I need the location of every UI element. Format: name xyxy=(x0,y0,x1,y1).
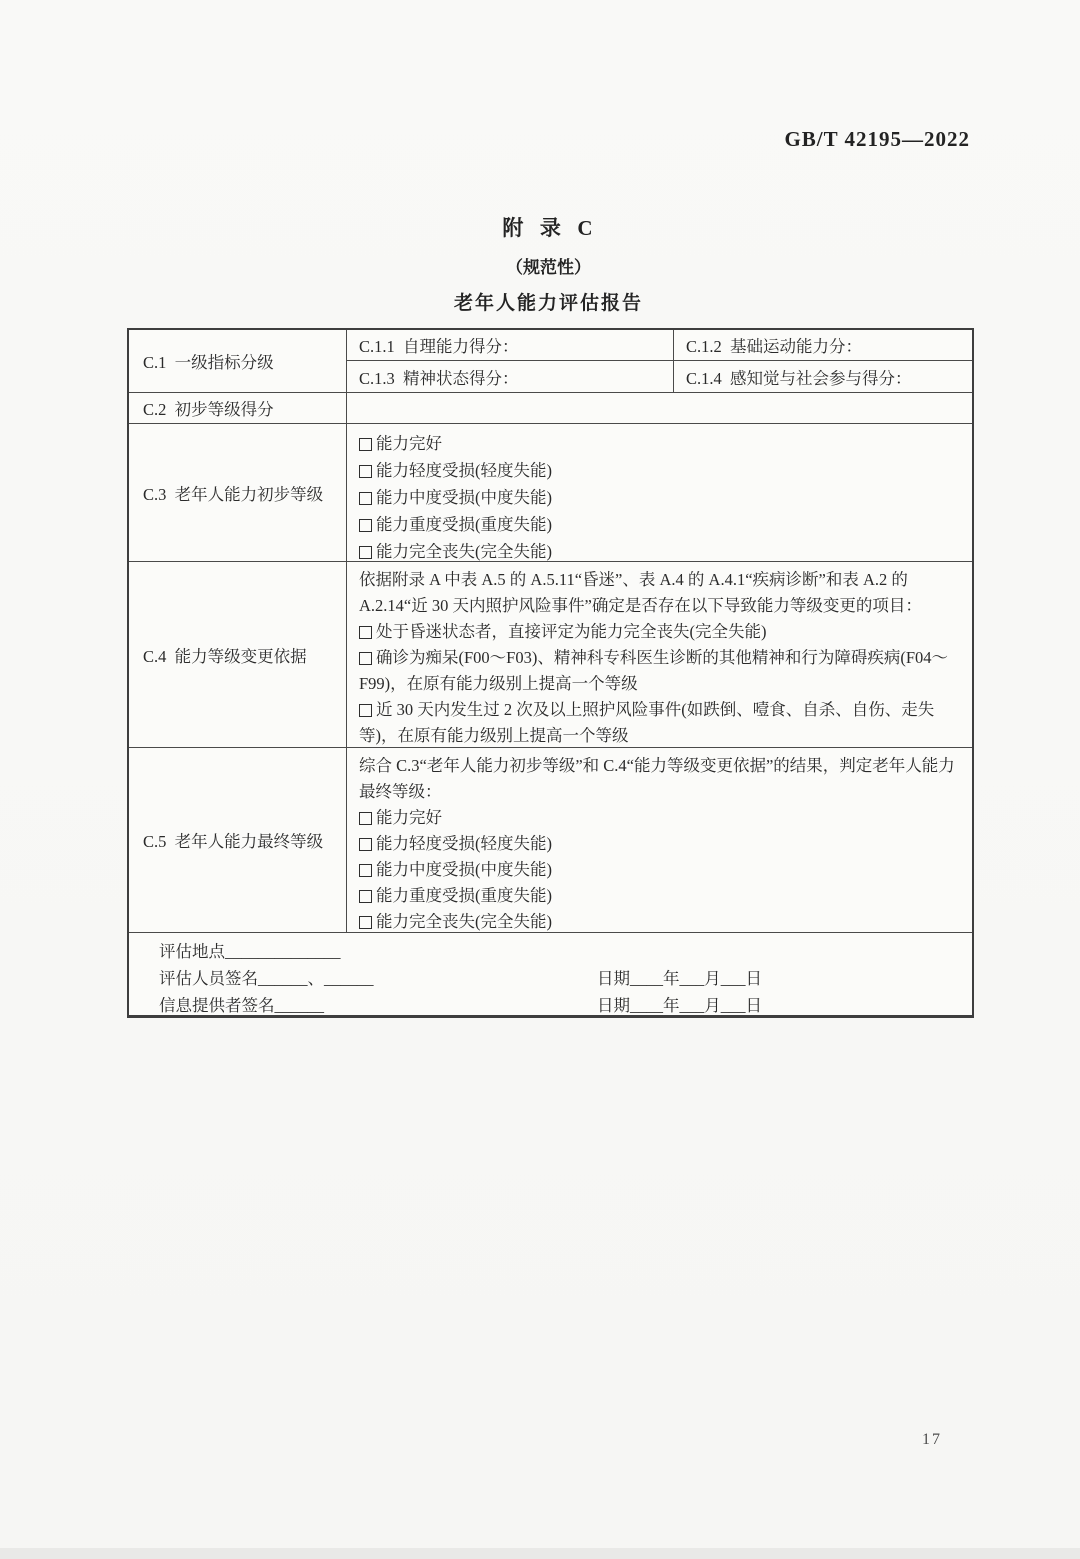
checkbox-icon xyxy=(359,546,372,559)
checkbox-icon xyxy=(359,438,372,451)
row-label-c4: C.4 能力等级变更依据 xyxy=(129,562,347,748)
cell-c1-3-mental-state-score: C.1.3 精神状态得分： xyxy=(347,361,674,393)
scan-edge-strip xyxy=(0,1548,1080,1559)
c3-option-mild: 能力轻度受损(轻度失能) xyxy=(359,457,958,484)
c4-option-coma: 处于昏迷状态者，直接评定为能力完全丧失(完全失能) xyxy=(359,619,958,645)
checkbox-icon xyxy=(359,916,372,929)
c4-option-risk-events: 近 30 天内发生过 2 次及以上照护风险事件(如跌倒、噎食、自杀、自伤、走失等… xyxy=(359,697,958,748)
assessor-date-line: 日期____年___月___日 xyxy=(597,965,762,992)
checkbox-icon xyxy=(359,838,372,851)
normative-subheading: （规范性） xyxy=(127,253,970,278)
c4-intro-text: 依据附录 A 中表 A.5 的 A.5.11“昏迷”、表 A.4 的 A.4.1… xyxy=(359,567,958,619)
report-title: 老年人能力评估报告 xyxy=(127,288,970,315)
c3-option-moderate: 能力中度受损(中度失能) xyxy=(359,484,958,511)
cell-c3-preliminary-grade-options: 能力完好 能力轻度受损(轻度失能) 能力中度受损(中度失能) 能力重度受损(重度… xyxy=(347,424,972,562)
footer-assessor-row: 评估人员签名______、______ 日期____年___月___日 xyxy=(159,965,962,992)
cell-c1-4-perception-social-score: C.1.4 感知觉与社会参与得分： xyxy=(674,361,972,393)
cell-c1-1-self-care-score: C.1.1 自理能力得分： xyxy=(347,330,674,361)
cell-c4-grade-change-basis: 依据附录 A 中表 A.5 的 A.5.11“昏迷”、表 A.4 的 A.4.1… xyxy=(347,562,972,748)
row-label-c2: C.2 初步等级得分 xyxy=(129,393,347,424)
row-label-c3: C.3 老年人能力初步等级 xyxy=(129,424,347,562)
footer-informant-row: 信息提供者签名______ 日期____年___月___日 xyxy=(159,992,962,1015)
c3-option-intact: 能力完好 xyxy=(359,430,958,457)
page-number: 17 xyxy=(922,1431,942,1449)
checkbox-icon xyxy=(359,519,372,532)
c5-option-total-loss: 能力完全丧失(完全失能) xyxy=(359,909,958,933)
cell-c5-final-grade: 综合 C.3“老年人能力初步等级”和 C.4“能力等级变更依据”的结果，判定老年… xyxy=(347,748,972,933)
c4-option-dementia: 确诊为痴呆(F00～F03)、精神科专科医生诊断的其他精神和行为障碍疾病(F04… xyxy=(359,645,958,697)
c3-option-total-loss: 能力完全丧失(完全失能) xyxy=(359,538,958,562)
assessment-location-line: 评估地点______________ xyxy=(159,938,597,965)
c3-option-severe: 能力重度受损(重度失能) xyxy=(359,511,958,538)
checkbox-icon xyxy=(359,626,372,639)
assessment-report-table: C.1 一级指标分级 C.1.1 自理能力得分： C.1.2 基础运动能力分： … xyxy=(127,328,974,1018)
c5-option-intact: 能力完好 xyxy=(359,805,958,831)
c5-intro-text: 综合 C.3“老年人能力初步等级”和 C.4“能力等级变更依据”的结果，判定老年… xyxy=(359,753,958,805)
footer-location-row: 评估地点______________ xyxy=(159,938,962,965)
checkbox-icon xyxy=(359,812,372,825)
appendix-heading: 附 录 C xyxy=(127,212,970,242)
checkbox-icon xyxy=(359,704,372,717)
assessor-signature-line: 评估人员签名______、______ xyxy=(159,965,597,992)
title-block: 附 录 C （规范性） 老年人能力评估报告 xyxy=(127,212,970,315)
checkbox-icon xyxy=(359,492,372,505)
cell-c2-preliminary-grade-score xyxy=(347,393,972,424)
standard-code: GB/T 42195—2022 xyxy=(784,127,970,152)
signature-footer: 评估地点______________ 评估人员签名______、______ 日… xyxy=(129,933,972,1015)
cell-c1-2-basic-motor-score: C.1.2 基础运动能力分： xyxy=(674,330,972,361)
checkbox-icon xyxy=(359,890,372,903)
c5-option-moderate: 能力中度受损(中度失能) xyxy=(359,857,958,883)
c5-option-mild: 能力轻度受损(轻度失能) xyxy=(359,831,958,857)
informant-signature-line: 信息提供者签名______ xyxy=(159,992,597,1015)
c5-option-severe: 能力重度受损(重度失能) xyxy=(359,883,958,909)
checkbox-icon xyxy=(359,465,372,478)
checkbox-icon xyxy=(359,864,372,877)
scanned-page: GB/T 42195—2022 附 录 C （规范性） 老年人能力评估报告 C.… xyxy=(0,0,1080,1559)
informant-date-line: 日期____年___月___日 xyxy=(597,992,762,1015)
row-label-c5: C.5 老年人能力最终等级 xyxy=(129,748,347,933)
row-label-c1: C.1 一级指标分级 xyxy=(129,330,347,393)
checkbox-icon xyxy=(359,652,372,665)
